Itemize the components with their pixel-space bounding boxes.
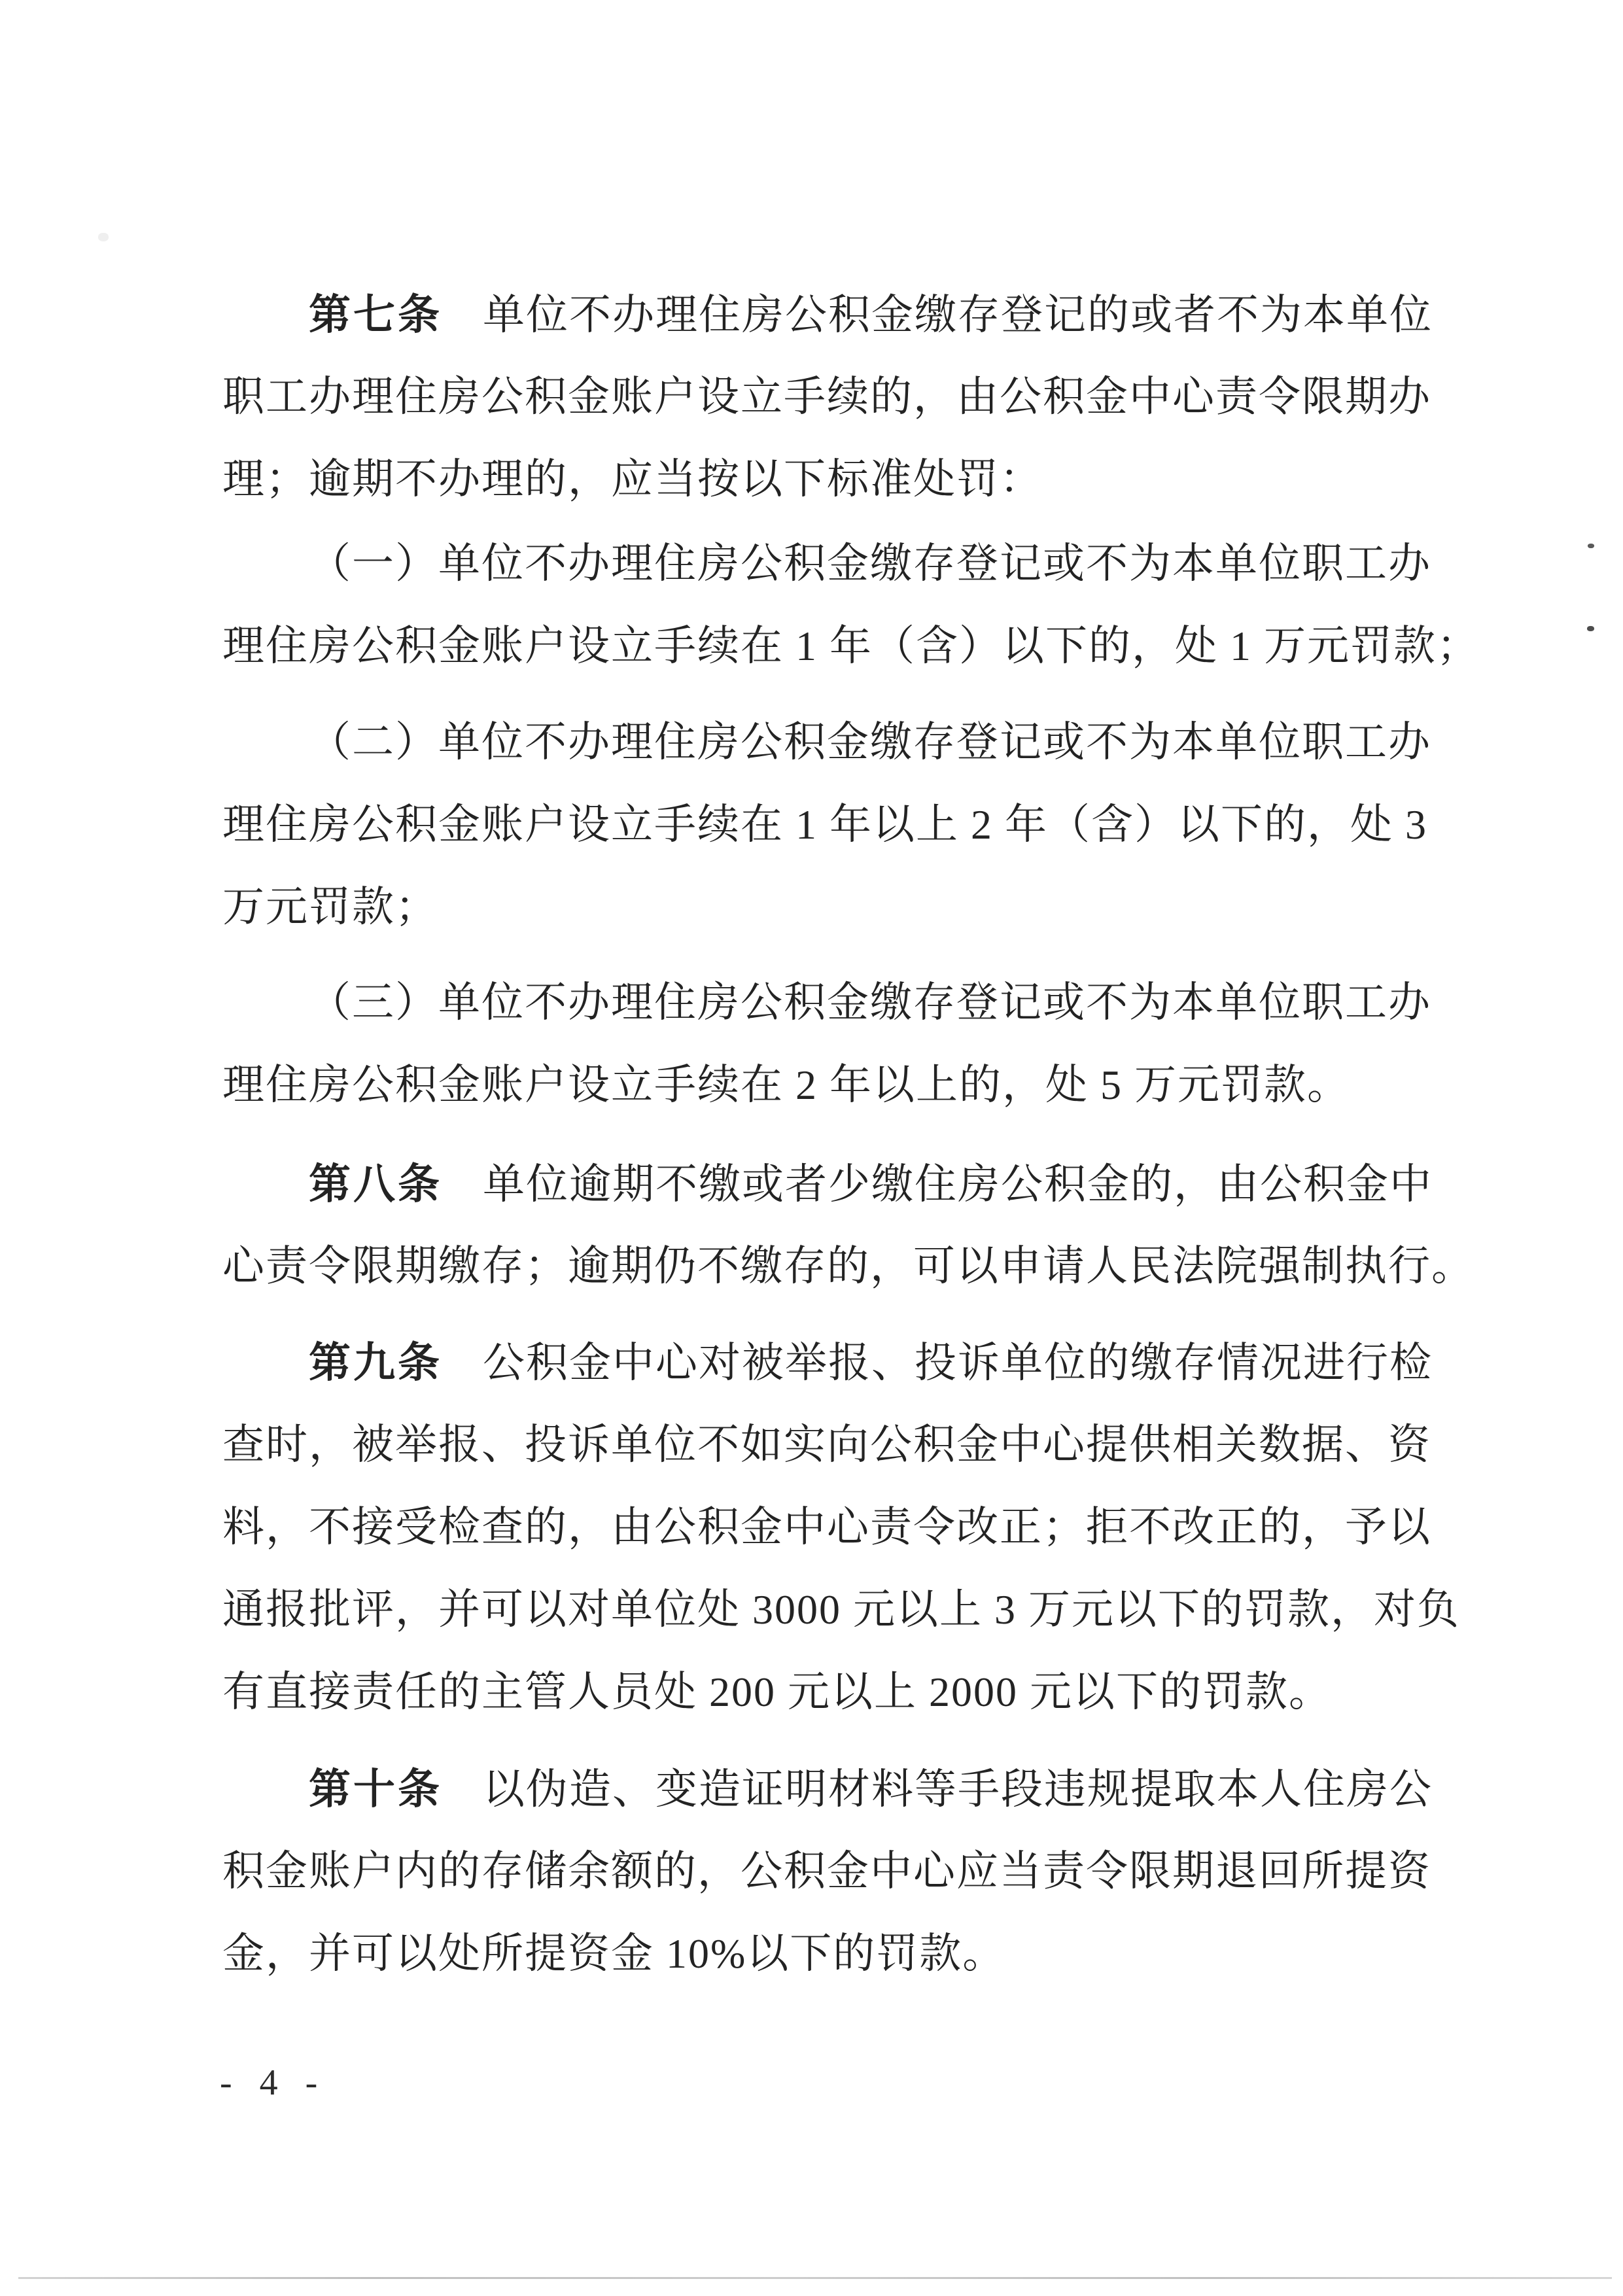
text-line: 有直接责任的主管人员处 200 元以上 2000 元以下的罚款。 (222, 1651, 1439, 1733)
article-number: 第八条 (309, 1160, 442, 1208)
document-page: 第七条单位不办理住房公积金缴存登记的或者不为本单位 职工办理住房公积金账户设立手… (0, 0, 1623, 2296)
text-line: 理住房公积金账户设立手续在 1 年（含）以下的，处 1 万元罚款； (222, 605, 1439, 687)
article-number: 第十条 (309, 1765, 442, 1813)
text-line: 万元罚款； (222, 866, 1439, 948)
scan-smudge (98, 233, 109, 241)
article-number: 第七条 (309, 291, 442, 338)
paragraph-article-10: 第十条以伪造、变造证明材料等手段违规提取本人住房公 积金账户内的存储余额的，公积… (222, 1748, 1439, 1995)
text-run: 公积金中心对被举报、投诉单位的缴存情况进行检 (483, 1340, 1433, 1386)
text-run: 单位逾期不缴或者少缴住房公积金的，由公积金中 (483, 1161, 1433, 1208)
text-run: 以伪造、变造证明材料等手段违规提取本人住房公 (483, 1766, 1433, 1813)
paragraph-item-1: （一）单位不办理住房公积金缴存登记或不为本单位职工办 理住房公积金账户设立手续在… (222, 523, 1439, 687)
article-number: 第九条 (309, 1339, 442, 1386)
text-line: 料，不接受检查的，由公积金中心责令改正；拒不改正的，予以 (222, 1486, 1439, 1569)
text-line: 金，并可以处所提资金 10%以下的罚款。 (222, 1913, 1439, 1995)
text-line: （三）单位不办理住房公积金缴存登记或不为本单位职工办 (222, 962, 1439, 1044)
text-line: 理；逾期不办理的，应当按以下标准处罚： (222, 438, 1439, 521)
paragraph-item-3: （三）单位不办理住房公积金缴存登记或不为本单位职工办 理住房公积金账户设立手续在… (222, 962, 1439, 1126)
paragraph-item-2: （二）单位不办理住房公积金缴存登记或不为本单位职工办 理住房公积金账户设立手续在… (222, 701, 1439, 948)
text-line: 第七条单位不办理住房公积金缴存登记的或者不为本单位 (222, 273, 1439, 356)
text-line: （二）单位不办理住房公积金缴存登记或不为本单位职工办 (222, 701, 1439, 784)
text-line: 心责令限期缴存；逾期仍不缴存的，可以申请人民法院强制执行。 (222, 1225, 1439, 1308)
text-run: （二）单位不办理住房公积金缴存登记或不为本单位职工办 (309, 719, 1431, 765)
text-line: 通报批评，并可以对单位处 3000 元以上 3 万元以下的罚款，对负 (222, 1569, 1439, 1651)
text-line: 第十条以伪造、变造证明材料等手段违规提取本人住房公 (222, 1748, 1439, 1830)
text-line: 第八条单位逾期不缴或者少缴住房公积金的，由公积金中 (222, 1143, 1439, 1225)
text-line: 理住房公积金账户设立手续在 2 年以上的，处 5 万元罚款。 (222, 1044, 1439, 1126)
text-line: 积金账户内的存储余额的，公积金中心应当责令限期退回所提资 (222, 1830, 1439, 1913)
paragraph-article-9: 第九条公积金中心对被举报、投诉单位的缴存情况进行检 查时，被举报、投诉单位不如实… (222, 1321, 1439, 1733)
scan-speck (1588, 544, 1594, 548)
text-run: （三）单位不办理住房公积金缴存登记或不为本单位职工办 (309, 979, 1431, 1026)
text-run: （一）单位不办理住房公积金缴存登记或不为本单位职工办 (309, 540, 1431, 587)
text-line: （一）单位不办理住房公积金缴存登记或不为本单位职工办 (222, 523, 1439, 605)
scan-speck (1587, 626, 1594, 631)
text-run: 单位不办理住房公积金缴存登记的或者不为本单位 (483, 292, 1433, 338)
text-line: 第九条公积金中心对被举报、投诉单位的缴存情况进行检 (222, 1321, 1439, 1404)
text-line: 查时，被举报、投诉单位不如实向公积金中心提供相关数据、资 (222, 1404, 1439, 1486)
paragraph-article-7: 第七条单位不办理住房公积金缴存登记的或者不为本单位 职工办理住房公积金账户设立手… (222, 273, 1439, 521)
scan-edge-line (18, 2277, 1612, 2279)
text-line: 理住房公积金账户设立手续在 1 年以上 2 年（含）以下的，处 3 (222, 784, 1439, 866)
paragraph-article-8: 第八条单位逾期不缴或者少缴住房公积金的，由公积金中 心责令限期缴存；逾期仍不缴存… (222, 1143, 1439, 1308)
page-number: - 4 - (220, 2062, 326, 2104)
text-line: 职工办理住房公积金账户设立手续的，由公积金中心责令限期办 (222, 356, 1439, 438)
